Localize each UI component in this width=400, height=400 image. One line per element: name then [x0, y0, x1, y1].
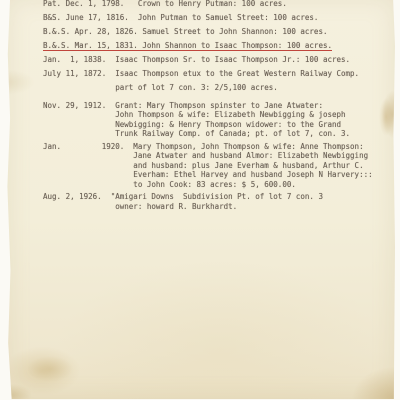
document-line: Everham: Ethel Harvey and husband Joseph…	[43, 170, 391, 180]
document-entry: Nov. 29, 1912. Grant: Mary Thompson spin…	[43, 101, 391, 139]
document-line: owner: howard R. Burkhardt.	[43, 202, 391, 212]
document-line: Trunk Railway Comp. of Canada; pt. of lo…	[43, 129, 391, 139]
document-entry: B.&.S. Mar. 15, 1831. John Shannon to Is…	[43, 41, 391, 51]
document-entry: Aug. 2, 1926. "Amigari Downs Subdivision…	[43, 192, 391, 211]
document-line: part of lot 7 con. 3: 2/5,100 acres.	[43, 83, 391, 93]
document-entry: Jan. 1920. Mary Thompson, John Thompson …	[43, 142, 391, 190]
document-entry: B&S. June 17, 1816. John Putman to Samue…	[43, 13, 391, 23]
document-line: July 11, 1872. Isaac Thompson etux to th…	[43, 69, 391, 79]
document-line: Jan. 1920. Mary Thompson, John Thompson …	[43, 142, 391, 152]
document-page: Pat. Dec. 1, 1798. Crown to Henry Putman…	[7, 0, 395, 399]
document-entry: July 11, 1872. Isaac Thompson etux to th…	[43, 69, 391, 93]
document-line: B&S. June 17, 1816. John Putman to Samue…	[43, 13, 391, 23]
document-line: and husband: plus Jane Everham & husband…	[43, 161, 391, 171]
document-line: to John Cook: 83 acres: $ 5, 600.00.	[43, 180, 391, 190]
document-line: B.&.S. Apr. 28, 1826. Samuel Street to J…	[43, 27, 391, 37]
document-line: Aug. 2, 1926. "Amigari Downs Subdivision…	[43, 192, 391, 202]
document-line: John Thompson & wife: Elizabeth Newbiggi…	[43, 110, 391, 120]
document-line: Pat. Dec. 1, 1798. Crown to Henry Putman…	[43, 0, 391, 9]
document-line: Jane Atwater and husband Almor: Elizabet…	[43, 151, 391, 161]
document-entry: Jan. 1, 1838. Isaac Thompson Sr. to Isaa…	[43, 55, 391, 65]
document-line: B.&.S. Mar. 15, 1831. John Shannon to Is…	[43, 41, 391, 51]
scanned-document-photo: Pat. Dec. 1, 1798. Crown to Henry Putman…	[0, 0, 400, 400]
document-text: Pat. Dec. 1, 1798. Crown to Henry Putman…	[43, 0, 391, 211]
document-entry: B.&.S. Apr. 28, 1826. Samuel Street to J…	[43, 27, 391, 37]
document-line: Newbigging: & Henry Thompson widower: to…	[43, 120, 391, 130]
paper-stain	[27, 356, 73, 382]
document-line: Jan. 1, 1838. Isaac Thompson Sr. to Isaa…	[43, 55, 391, 65]
document-line: Nov. 29, 1912. Grant: Mary Thompson spin…	[43, 101, 391, 111]
document-entry: Pat. Dec. 1, 1798. Crown to Henry Putman…	[43, 0, 391, 9]
